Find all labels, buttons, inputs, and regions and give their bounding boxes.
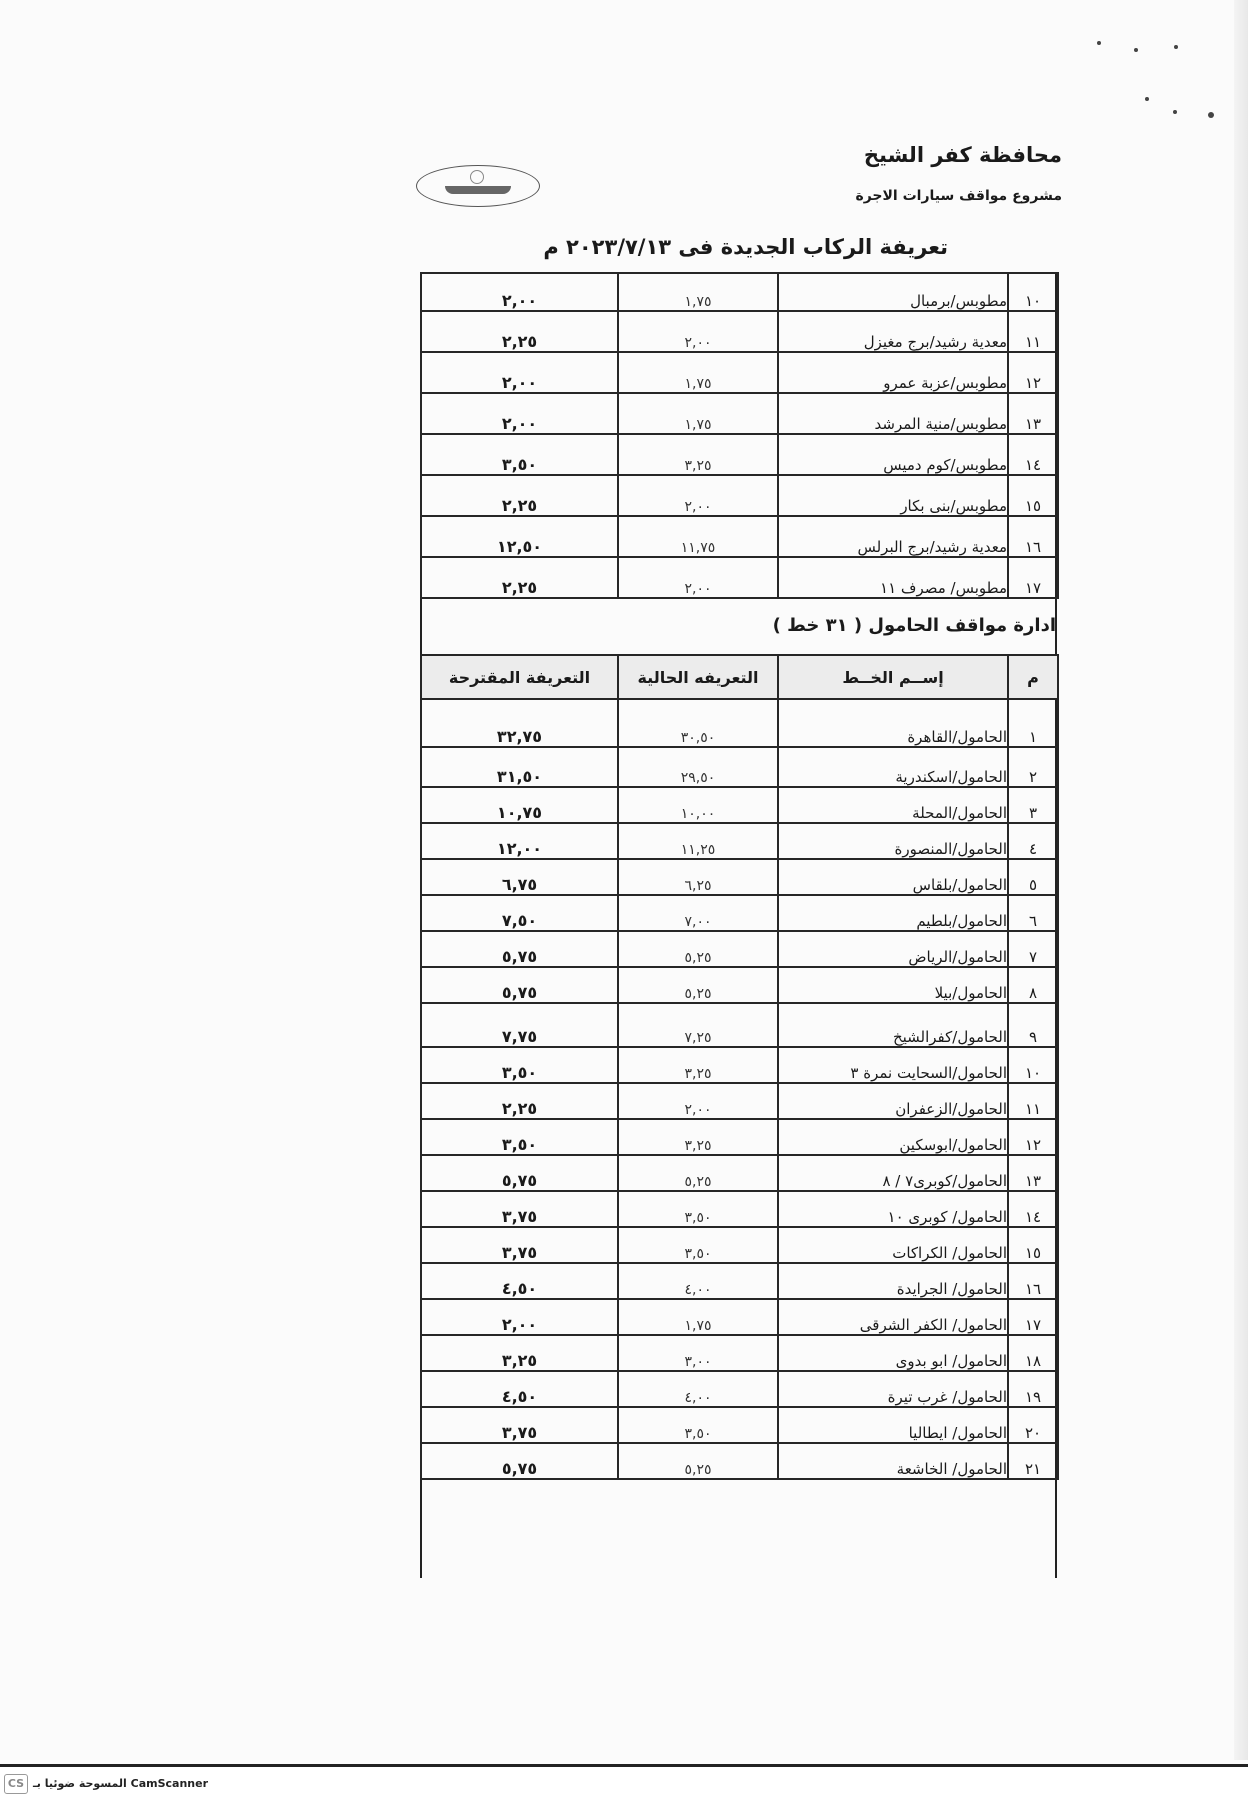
row-number: ١٨	[1008, 1335, 1058, 1371]
table-row: ١٤الحامول/ كوبرى ١٠٣,٥٠٣,٧٥	[421, 1191, 1058, 1227]
table-row: ١٥الحامول/ الكراكات٣,٥٠٣,٧٥	[421, 1227, 1058, 1263]
emblem-circle-icon	[470, 170, 484, 184]
current-fare: ٣,٥٠	[618, 1191, 778, 1227]
scan-speck	[1145, 97, 1149, 101]
route-name: الحامول/ ابو بدوى	[778, 1335, 1008, 1371]
proposed-fare: ٢,٢٥	[421, 1083, 618, 1119]
proposed-fare: ٣,٥٠	[421, 1119, 618, 1155]
route-name: مطوبس/ مصرف ١١	[778, 557, 1008, 598]
table-row: ١٠الحامول/السحايت نمرة ٣٣,٢٥٣,٥٠	[421, 1047, 1058, 1083]
current-fare: ٤,٠٠	[618, 1263, 778, 1299]
current-fare: ٣,٢٥	[618, 434, 778, 475]
row-number: ١٢	[1008, 352, 1058, 393]
table-row: ٩الحامول/كفرالشيخ٧,٢٥٧,٧٥	[421, 1003, 1058, 1047]
proposed-fare: ٢,٢٥	[421, 475, 618, 516]
route-name: الحامول/بلقاس	[778, 859, 1008, 895]
row-number: ٢٠	[1008, 1407, 1058, 1443]
table-row: ٤الحامول/المنصورة١١,٢٥١٢,٠٠	[421, 823, 1058, 859]
row-number: ١٥	[1008, 1227, 1058, 1263]
route-name: الحامول/المنصورة	[778, 823, 1008, 859]
row-number: ١٦	[1008, 1263, 1058, 1299]
current-fare: ٣,٢٥	[618, 1047, 778, 1083]
column-header-proposed-fare: التعريفة المقترحة	[421, 655, 618, 699]
proposed-fare: ٣,٥٠	[421, 434, 618, 475]
scan-speck	[1173, 110, 1177, 114]
route-name: الحامول/ابوسكين	[778, 1119, 1008, 1155]
proposed-fare: ١٢,٠٠	[421, 823, 618, 859]
route-name: معدية رشيد/برج مغيزل	[778, 311, 1008, 352]
route-name: الحامول/ ايطاليا	[778, 1407, 1008, 1443]
current-fare: ٥,٢٥	[618, 967, 778, 1003]
proposed-fare: ٣,٧٥	[421, 1227, 618, 1263]
proposed-fare: ٥,٧٥	[421, 967, 618, 1003]
table-row: ٢٠الحامول/ ايطاليا٣,٥٠٣,٧٥	[421, 1407, 1058, 1443]
row-number: ١٥	[1008, 475, 1058, 516]
camscanner-footer: CS المسوحة ضوئيا بـ CamScanner	[0, 1767, 1248, 1800]
column-header-current-fare: التعريفه الحالية	[618, 655, 778, 699]
row-number: ١٧	[1008, 557, 1058, 598]
fare-table-continued: ١٠ مطوبس/برمبال ١,٧٥ ٢,٠٠ ١١ معدية رشيد/…	[420, 272, 1059, 599]
current-fare: ٢,٠٠	[618, 1083, 778, 1119]
proposed-fare: ٢,٠٠	[421, 393, 618, 434]
page-edge-shadow	[1234, 0, 1248, 1760]
proposed-fare: ٣,٧٥	[421, 1407, 618, 1443]
column-header-route: إســم الخــط	[778, 655, 1008, 699]
row-number: ١٣	[1008, 1155, 1058, 1191]
row-number: ١٦	[1008, 516, 1058, 557]
current-fare: ١,٧٥	[618, 273, 778, 311]
boat-icon	[445, 186, 511, 194]
current-fare: ١,٧٥	[618, 1299, 778, 1335]
table-row: ١٣ مطوبس/منية المرشد ١,٧٥ ٢,٠٠	[421, 393, 1058, 434]
table-row: ٨الحامول/بيلا٥,٢٥٥,٧٥	[421, 967, 1058, 1003]
proposed-fare: ٦,٧٥	[421, 859, 618, 895]
scan-speck	[1097, 41, 1101, 45]
row-number: ١٣	[1008, 393, 1058, 434]
current-fare: ١٠,٠٠	[618, 787, 778, 823]
table-row: ١٢ مطوبس/عزبة عمرو ١,٧٥ ٢,٠٠	[421, 352, 1058, 393]
proposed-fare: ٤,٥٠	[421, 1371, 618, 1407]
camscanner-watermark: المسوحة ضوئيا بـ CamScanner	[33, 1777, 208, 1790]
section-heading-hamoul: ادارة مواقف الحامول ( ٣١ خط )	[773, 612, 1056, 640]
table-row: ١٥ مطوبس/بنى بكار ٢,٠٠ ٢,٢٥	[421, 475, 1058, 516]
table-row: ٣الحامول/المحلة١٠,٠٠١٠,٧٥	[421, 787, 1058, 823]
row-number: ١١	[1008, 311, 1058, 352]
proposed-fare: ٣,٢٥	[421, 1335, 618, 1371]
current-fare: ٣٠,٥٠	[618, 699, 778, 747]
row-number: ١٠	[1008, 1047, 1058, 1083]
table-header-row: م إســم الخــط التعريفه الحالية التعريفة…	[421, 655, 1058, 699]
route-name: الحامول/المحلة	[778, 787, 1008, 823]
current-fare: ٣,٥٠	[618, 1407, 778, 1443]
table-row: ١٧ مطوبس/ مصرف ١١ ٢,٠٠ ٢,٢٥	[421, 557, 1058, 598]
proposed-fare: ٢,٢٥	[421, 311, 618, 352]
proposed-fare: ٧,٧٥	[421, 1003, 618, 1047]
route-name: مطوبس/كوم دميس	[778, 434, 1008, 475]
route-name: معدية رشيد/برج البرلس	[778, 516, 1008, 557]
current-fare: ٤,٠٠	[618, 1371, 778, 1407]
row-number: ٤	[1008, 823, 1058, 859]
route-name: الحامول/كوبرى٧ / ٨	[778, 1155, 1008, 1191]
table-row: ١٨الحامول/ ابو بدوى٣,٠٠٣,٢٥	[421, 1335, 1058, 1371]
row-number: ٧	[1008, 931, 1058, 967]
proposed-fare: ٧,٥٠	[421, 895, 618, 931]
route-name: الحامول/ الخاشعة	[778, 1443, 1008, 1479]
proposed-fare: ٣,٥٠	[421, 1047, 618, 1083]
current-fare: ١١,٧٥	[618, 516, 778, 557]
scan-speck	[1174, 45, 1178, 49]
current-fare: ٧,٢٥	[618, 1003, 778, 1047]
row-number: ١١	[1008, 1083, 1058, 1119]
proposed-fare: ٣,٧٥	[421, 1191, 618, 1227]
table-row: ١٧الحامول/ الكفر الشرقى١,٧٥٢,٠٠	[421, 1299, 1058, 1335]
table-row: ١٤ مطوبس/كوم دميس ٣,٢٥ ٣,٥٠	[421, 434, 1058, 475]
route-name: الحامول/بلطيم	[778, 895, 1008, 931]
proposed-fare: ٥,٧٥	[421, 1443, 618, 1479]
row-number: ١٠	[1008, 273, 1058, 311]
proposed-fare: ٢,٠٠	[421, 352, 618, 393]
table-row: ٧الحامول/الرياض٥,٢٥٥,٧٥	[421, 931, 1058, 967]
route-name: الحامول/ الكراكات	[778, 1227, 1008, 1263]
table-row: ٢الحامول/اسكندرية٢٩,٥٠٣١,٥٠	[421, 747, 1058, 787]
route-name: الحامول/الزعفران	[778, 1083, 1008, 1119]
route-name: الحامول/السحايت نمرة ٣	[778, 1047, 1008, 1083]
scan-speck	[1208, 112, 1214, 118]
table-row: ١٢الحامول/ابوسكين٣,٢٥٣,٥٠	[421, 1119, 1058, 1155]
proposed-fare: ٥,٧٥	[421, 1155, 618, 1191]
row-number: ٦	[1008, 895, 1058, 931]
proposed-fare: ٥,٧٥	[421, 931, 618, 967]
route-name: الحامول/ الجرايدة	[778, 1263, 1008, 1299]
table-row: ٥الحامول/بلقاس٦,٢٥٦,٧٥	[421, 859, 1058, 895]
project-subtitle: مشروع مواقف سيارات الاجرة	[855, 186, 1062, 206]
camscanner-logo-icon: CS	[4, 1774, 28, 1794]
route-name: الحامول/ غرب تيرة	[778, 1371, 1008, 1407]
route-name: مطوبس/منية المرشد	[778, 393, 1008, 434]
current-fare: ٢,٠٠	[618, 475, 778, 516]
table-row: ١٩الحامول/ غرب تيرة٤,٠٠٤,٥٠	[421, 1371, 1058, 1407]
current-fare: ٥,٢٥	[618, 1155, 778, 1191]
current-fare: ٥,٢٥	[618, 931, 778, 967]
current-fare: ٢,٠٠	[618, 557, 778, 598]
governorate-emblem-boat-icon	[416, 165, 540, 207]
row-number: ١٤	[1008, 1191, 1058, 1227]
tariff-title: تعريفة الركاب الجديدة فى ٢٠٢٣/٧/١٣ م	[543, 232, 948, 262]
current-fare: ١,٧٥	[618, 352, 778, 393]
table-row: ١٣الحامول/كوبرى٧ / ٨٥,٢٥٥,٧٥	[421, 1155, 1058, 1191]
row-number: ٨	[1008, 967, 1058, 1003]
table-row: ١الحامول/القاهرة٣٠,٥٠٣٢,٧٥	[421, 699, 1058, 747]
row-number: ١٧	[1008, 1299, 1058, 1335]
proposed-fare: ٢,٢٥	[421, 557, 618, 598]
governorate-title: محافظة كفر الشيخ	[855, 140, 1062, 170]
route-name: الحامول/ الكفر الشرقى	[778, 1299, 1008, 1335]
current-fare: ٢,٠٠	[618, 311, 778, 352]
fare-table-hamoul: م إســم الخــط التعريفه الحالية التعريفة…	[420, 654, 1059, 1480]
current-fare: ٧,٠٠	[618, 895, 778, 931]
route-name: الحامول/الرياض	[778, 931, 1008, 967]
route-name: مطوبس/عزبة عمرو	[778, 352, 1008, 393]
row-number: ١	[1008, 699, 1058, 747]
row-number: ١٤	[1008, 434, 1058, 475]
table-row: ١١ معدية رشيد/برج مغيزل ٢,٠٠ ٢,٢٥	[421, 311, 1058, 352]
document-header: محافظة كفر الشيخ مشروع مواقف سيارات الاج…	[855, 140, 1062, 206]
current-fare: ١١,٢٥	[618, 823, 778, 859]
route-name: الحامول/اسكندرية	[778, 747, 1008, 787]
table-row: ٢١الحامول/ الخاشعة٥,٢٥٥,٧٥	[421, 1443, 1058, 1479]
table-row: ١١الحامول/الزعفران٢,٠٠٢,٢٥	[421, 1083, 1058, 1119]
proposed-fare: ٣١,٥٠	[421, 747, 618, 787]
route-name: مطوبس/بنى بكار	[778, 475, 1008, 516]
column-header-number: م	[1008, 655, 1058, 699]
route-name: الحامول/القاهرة	[778, 699, 1008, 747]
proposed-fare: ٤,٥٠	[421, 1263, 618, 1299]
current-fare: ١,٧٥	[618, 393, 778, 434]
current-fare: ٢٩,٥٠	[618, 747, 778, 787]
table-row: ١٦الحامول/ الجرايدة٤,٠٠٤,٥٠	[421, 1263, 1058, 1299]
row-number: ٣	[1008, 787, 1058, 823]
row-number: ٩	[1008, 1003, 1058, 1047]
current-fare: ٣,٠٠	[618, 1335, 778, 1371]
proposed-fare: ٣٢,٧٥	[421, 699, 618, 747]
row-number: ٥	[1008, 859, 1058, 895]
current-fare: ٦,٢٥	[618, 859, 778, 895]
current-fare: ٣,٥٠	[618, 1227, 778, 1263]
proposed-fare: ١٠,٧٥	[421, 787, 618, 823]
current-fare: ٥,٢٥	[618, 1443, 778, 1479]
table-row: ٦الحامول/بلطيم٧,٠٠٧,٥٠	[421, 895, 1058, 931]
row-number: ١٢	[1008, 1119, 1058, 1155]
route-name: الحامول/ كوبرى ١٠	[778, 1191, 1008, 1227]
current-fare: ٣,٢٥	[618, 1119, 778, 1155]
route-name: الحامول/كفرالشيخ	[778, 1003, 1008, 1047]
table-row: ١٦ معدية رشيد/برج البرلس ١١,٧٥ ١٢,٥٠	[421, 516, 1058, 557]
route-name: الحامول/بيلا	[778, 967, 1008, 1003]
proposed-fare: ١٢,٥٠	[421, 516, 618, 557]
route-name: مطوبس/برمبال	[778, 273, 1008, 311]
proposed-fare: ٢,٠٠	[421, 273, 618, 311]
row-number: ٢	[1008, 747, 1058, 787]
table-row: ١٠ مطوبس/برمبال ١,٧٥ ٢,٠٠	[421, 273, 1058, 311]
scan-speck	[1134, 48, 1138, 52]
row-number: ١٩	[1008, 1371, 1058, 1407]
row-number: ٢١	[1008, 1443, 1058, 1479]
proposed-fare: ٢,٠٠	[421, 1299, 618, 1335]
